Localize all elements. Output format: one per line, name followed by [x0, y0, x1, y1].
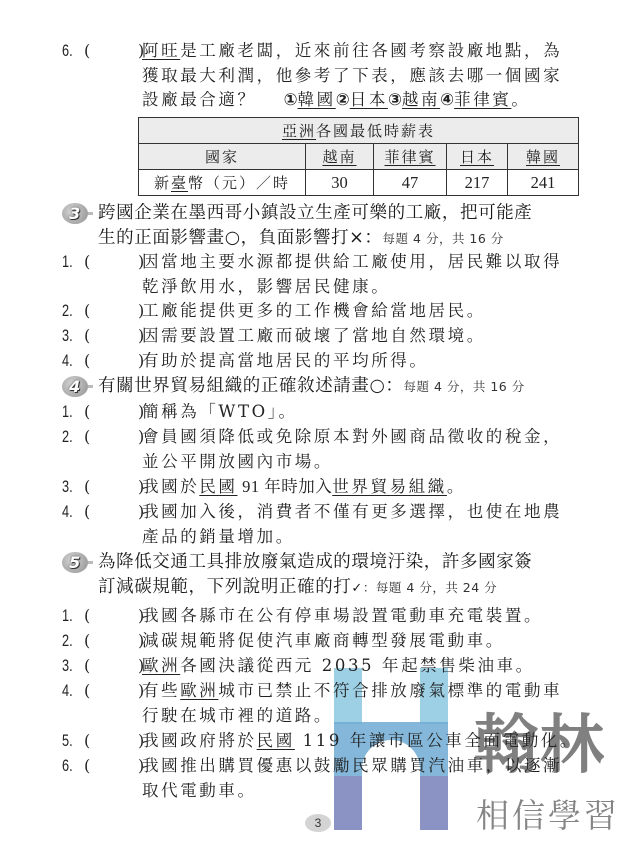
table-cell: 217	[447, 170, 508, 196]
option-3: 越南	[402, 90, 440, 109]
answer-blank[interactable]: ()	[84, 250, 90, 275]
table-cell: 30	[306, 170, 374, 196]
header-country: 韓國	[508, 144, 579, 170]
section-number-badge: 5	[62, 552, 88, 573]
answer-blank[interactable]: ()	[84, 349, 90, 374]
section-number-badge: 4	[62, 376, 88, 397]
min-wage-table: 亞洲各國最低時薪表 國家 越南 菲律賓 日本 韓國 新臺幣（元）／時 30 47…	[138, 117, 579, 196]
answer-blank[interactable]: ()	[84, 324, 90, 349]
header-country: 菲律賓	[374, 144, 447, 170]
worksheet-page: 翰林 相信學習 6. () 阿旺是工廠老闆，近來前往各國考察設廠地點，為 獲取最…	[0, 0, 631, 848]
option-2: 日本	[350, 90, 388, 109]
answer-blank[interactable]: ()	[84, 500, 90, 525]
question-number: 6.	[62, 39, 73, 64]
answer-blank[interactable]: ()	[84, 475, 90, 500]
answer-blank[interactable]: ()	[84, 629, 90, 654]
page-number: 3	[305, 814, 331, 832]
table-cell: 47	[374, 170, 447, 196]
header-country-label: 國家	[139, 144, 306, 170]
points-note: 每題 4 分，共 24 分	[376, 580, 497, 595]
answer-blank[interactable]: ()	[84, 679, 90, 704]
answer-blank[interactable]: ()	[84, 654, 90, 679]
answer-blank[interactable]: ()	[84, 400, 90, 425]
answer-blank[interactable]: ()	[84, 39, 90, 64]
person-name: 阿旺	[142, 41, 180, 60]
check-mark-icon: ✓	[351, 581, 363, 596]
answer-blank[interactable]: ()	[84, 425, 90, 450]
header-country: 日本	[447, 144, 508, 170]
header-country: 越南	[306, 144, 374, 170]
option-1: 韓國	[298, 90, 336, 109]
option-4: 菲律賓	[454, 90, 511, 109]
table-title: 亞洲各國最低時薪表	[139, 118, 579, 144]
answer-blank[interactable]: ()	[84, 729, 90, 754]
table-cell: 241	[508, 170, 579, 196]
answer-blank[interactable]: ()	[84, 299, 90, 324]
answer-blank[interactable]: ()	[84, 604, 90, 629]
row-label: 新臺幣（元）／時	[139, 170, 306, 196]
points-note: 每題 4 分，共 16 分	[383, 231, 504, 246]
answer-blank[interactable]: ()	[84, 754, 90, 779]
section-number-badge: 3	[62, 203, 88, 224]
points-note: 每題 4 分，共 16 分	[403, 379, 524, 394]
